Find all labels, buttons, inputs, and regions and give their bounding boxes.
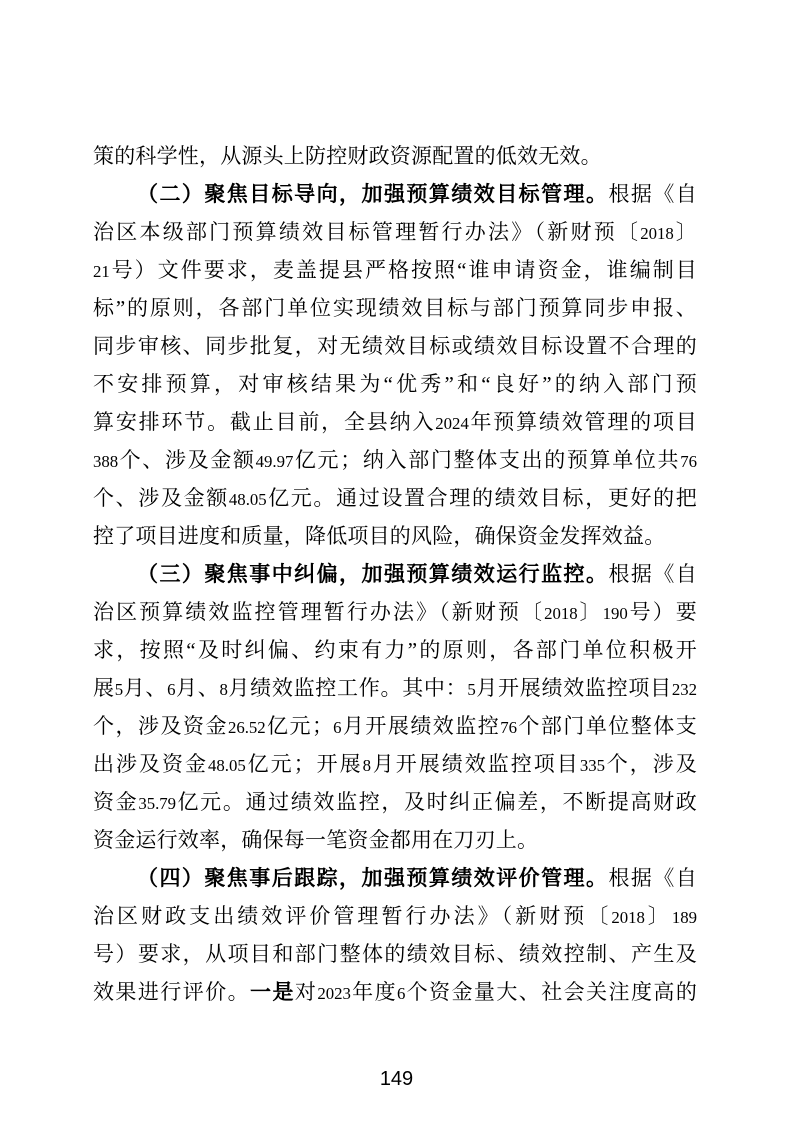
text-segment: 出涉及资金48.05亿元；开展8月开展绩效监控项目335个，涉及 bbox=[93, 752, 697, 776]
text-segment: 对2023年度6个资金量大、社会关注度高的 bbox=[295, 980, 697, 1004]
text-line: 个、涉及金额48.05亿元。通过设置合理的绩效目标，更好的把 bbox=[93, 479, 697, 517]
text-segment: 求，按照“及时纠偏、约束有力”的原则，各部门单位积极开 bbox=[93, 638, 697, 662]
text-line: 治区财政支出绩效评价管理暂行办法》（新财预〔2018〕189 bbox=[93, 897, 697, 935]
text-line: 号）要求，从项目和部门整体的绩效目标、绩效控制、产生及 bbox=[93, 935, 697, 973]
text-segment: 388个、涉及金额49.97亿元；纳入部门整体支出的预算单位共76 bbox=[93, 448, 697, 472]
text-line: 效果进行评价。一是对2023年度6个资金量大、社会关注度高的 bbox=[93, 973, 697, 1011]
text-line: 资金运行效率，确保每一笔资金都用在刀刃上。 bbox=[93, 821, 697, 859]
text-segment-bold: （二）聚焦目标导向，加强预算绩效目标管理。 bbox=[137, 182, 608, 206]
text-segment: 个，涉及资金26.52亿元；6月开展绩效监控76个部门单位整体支 bbox=[93, 714, 697, 738]
document-body: 策的科学性，从源头上防控财政资源配置的低效无效。（二）聚焦目标导向，加强预算绩效… bbox=[93, 137, 697, 1011]
text-segment: 控了项目进度和质量，降低项目的风险，确保资金发挥效益。 bbox=[93, 524, 665, 548]
text-line: 控了项目进度和质量，降低项目的风险，确保资金发挥效益。 bbox=[93, 517, 697, 555]
text-line: 个，涉及资金26.52亿元；6月开展绩效监控76个部门单位整体支 bbox=[93, 707, 697, 745]
numeral: 49.97 bbox=[256, 452, 294, 471]
text-line: 治区预算绩效监控管理暂行办法》（新财预〔2018〕190号）要 bbox=[93, 593, 697, 631]
text-segment: 不安排预算，对审核结果为“优秀”和“良好”的纳入部门预 bbox=[93, 372, 697, 396]
text-segment: 标”的原则，各部门单位实现绩效目标与部门预算同步申报、 bbox=[93, 296, 697, 320]
text-line: 算安排环节。截止目前，全县纳入2024年预算绩效管理的项目 bbox=[93, 403, 697, 441]
text-line: 同步审核、同步批复，对无绩效目标或绩效目标设置不合理的 bbox=[93, 327, 697, 365]
numeral: 335 bbox=[580, 756, 605, 775]
numeral: 190 bbox=[603, 604, 628, 623]
document-page: 策的科学性，从源头上防控财政资源配置的低效无效。（二）聚焦目标导向，加强预算绩效… bbox=[0, 0, 793, 1122]
text-segment: 算安排环节。截止目前，全县纳入2024年预算绩效管理的项目 bbox=[93, 410, 697, 434]
text-line: 展5月、6月、8月绩效监控工作。其中：5月开展绩效监控项目232 bbox=[93, 669, 697, 707]
numeral: 2024 bbox=[435, 414, 469, 433]
text-segment: 效果进行评价。 bbox=[93, 980, 250, 1004]
text-line: 21号）文件要求，麦盖提县严格按照“谁申请资金，谁编制目 bbox=[93, 251, 697, 289]
text-line: 标”的原则，各部门单位实现绩效目标与部门预算同步申报、 bbox=[93, 289, 697, 327]
text-line: 治区本级部门预算绩效目标管理暂行办法》（新财预〔2018〕 bbox=[93, 213, 697, 251]
text-segment: 号）要求，从项目和部门整体的绩效目标、绩效控制、产生及 bbox=[93, 942, 697, 966]
text-line: （二）聚焦目标导向，加强预算绩效目标管理。根据《自 bbox=[93, 175, 697, 213]
numeral: 48.05 bbox=[208, 756, 246, 775]
numeral: 2023 bbox=[317, 984, 351, 1003]
numeral: 232 bbox=[672, 680, 697, 699]
page-number: 149 bbox=[0, 1066, 793, 1092]
numeral: 76 bbox=[680, 452, 697, 471]
numeral: 2018 bbox=[544, 604, 578, 623]
text-segment-bold: （四）聚焦事后跟踪，加强预算绩效评价管理。 bbox=[137, 866, 608, 890]
numeral: 8 bbox=[219, 680, 227, 699]
numeral: 5 bbox=[467, 680, 475, 699]
numeral: 48.05 bbox=[229, 490, 267, 509]
text-line: 求，按照“及时纠偏、约束有力”的原则，各部门单位积极开 bbox=[93, 631, 697, 669]
text-segment: 同步审核、同步批复，对无绩效目标或绩效目标设置不合理的 bbox=[93, 334, 697, 358]
text-segment: 治区财政支出绩效评价管理暂行办法》（新财预〔2018〕189 bbox=[93, 904, 697, 928]
text-segment: 治区预算绩效监控管理暂行办法》（新财预〔2018〕190号）要 bbox=[93, 600, 697, 624]
text-line: （三）聚焦事中纠偏，加强预算绩效运行监控。根据《自 bbox=[93, 555, 697, 593]
text-segment: 资金35.79亿元。通过绩效监控，及时纠正偏差，不断提高财政 bbox=[93, 790, 697, 814]
text-segment: 根据《自 bbox=[608, 182, 697, 206]
text-line: 出涉及资金48.05亿元；开展8月开展绩效监控项目335个，涉及 bbox=[93, 745, 697, 783]
numeral: 21 bbox=[93, 262, 110, 281]
text-line: 388个、涉及金额49.97亿元；纳入部门整体支出的预算单位共76 bbox=[93, 441, 697, 479]
numeral: 189 bbox=[672, 908, 697, 927]
numeral: 6 bbox=[167, 680, 175, 699]
numeral: 8 bbox=[363, 756, 371, 775]
text-segment: 策的科学性，从源头上防控财政资源配置的低效无效。 bbox=[93, 144, 602, 168]
text-line: 资金35.79亿元。通过绩效监控，及时纠正偏差，不断提高财政 bbox=[93, 783, 697, 821]
text-segment: 根据《自 bbox=[608, 866, 697, 890]
numeral: 5 bbox=[115, 680, 123, 699]
text-line: 策的科学性，从源头上防控财政资源配置的低效无效。 bbox=[93, 137, 697, 175]
text-segment: 个、涉及金额48.05亿元。通过设置合理的绩效目标，更好的把 bbox=[93, 486, 697, 510]
numeral: 2018 bbox=[640, 224, 674, 243]
text-segment: 21号）文件要求，麦盖提县严格按照“谁申请资金，谁编制目 bbox=[93, 258, 697, 282]
numeral: 2018 bbox=[611, 908, 645, 927]
text-segment: 展5月、6月、8月绩效监控工作。其中：5月开展绩效监控项目232 bbox=[93, 676, 697, 700]
text-segment: 资金运行效率，确保每一笔资金都用在刀刃上。 bbox=[93, 828, 538, 852]
text-segment-bold: （三）聚焦事中纠偏，加强预算绩效运行监控。 bbox=[137, 562, 608, 586]
numeral: 6 bbox=[397, 984, 405, 1003]
text-segment: 治区本级部门预算绩效目标管理暂行办法》（新财预〔2018〕 bbox=[93, 220, 697, 244]
text-segment-bold: 一是 bbox=[250, 980, 295, 1004]
text-line: （四）聚焦事后跟踪，加强预算绩效评价管理。根据《自 bbox=[93, 859, 697, 897]
numeral: 388 bbox=[93, 452, 118, 471]
text-segment: 根据《自 bbox=[608, 562, 697, 586]
numeral: 76 bbox=[500, 718, 517, 737]
numeral: 35.79 bbox=[138, 794, 176, 813]
text-line: 不安排预算，对审核结果为“优秀”和“良好”的纳入部门预 bbox=[93, 365, 697, 403]
numeral: 26.52 bbox=[228, 718, 266, 737]
numeral: 6 bbox=[333, 718, 341, 737]
